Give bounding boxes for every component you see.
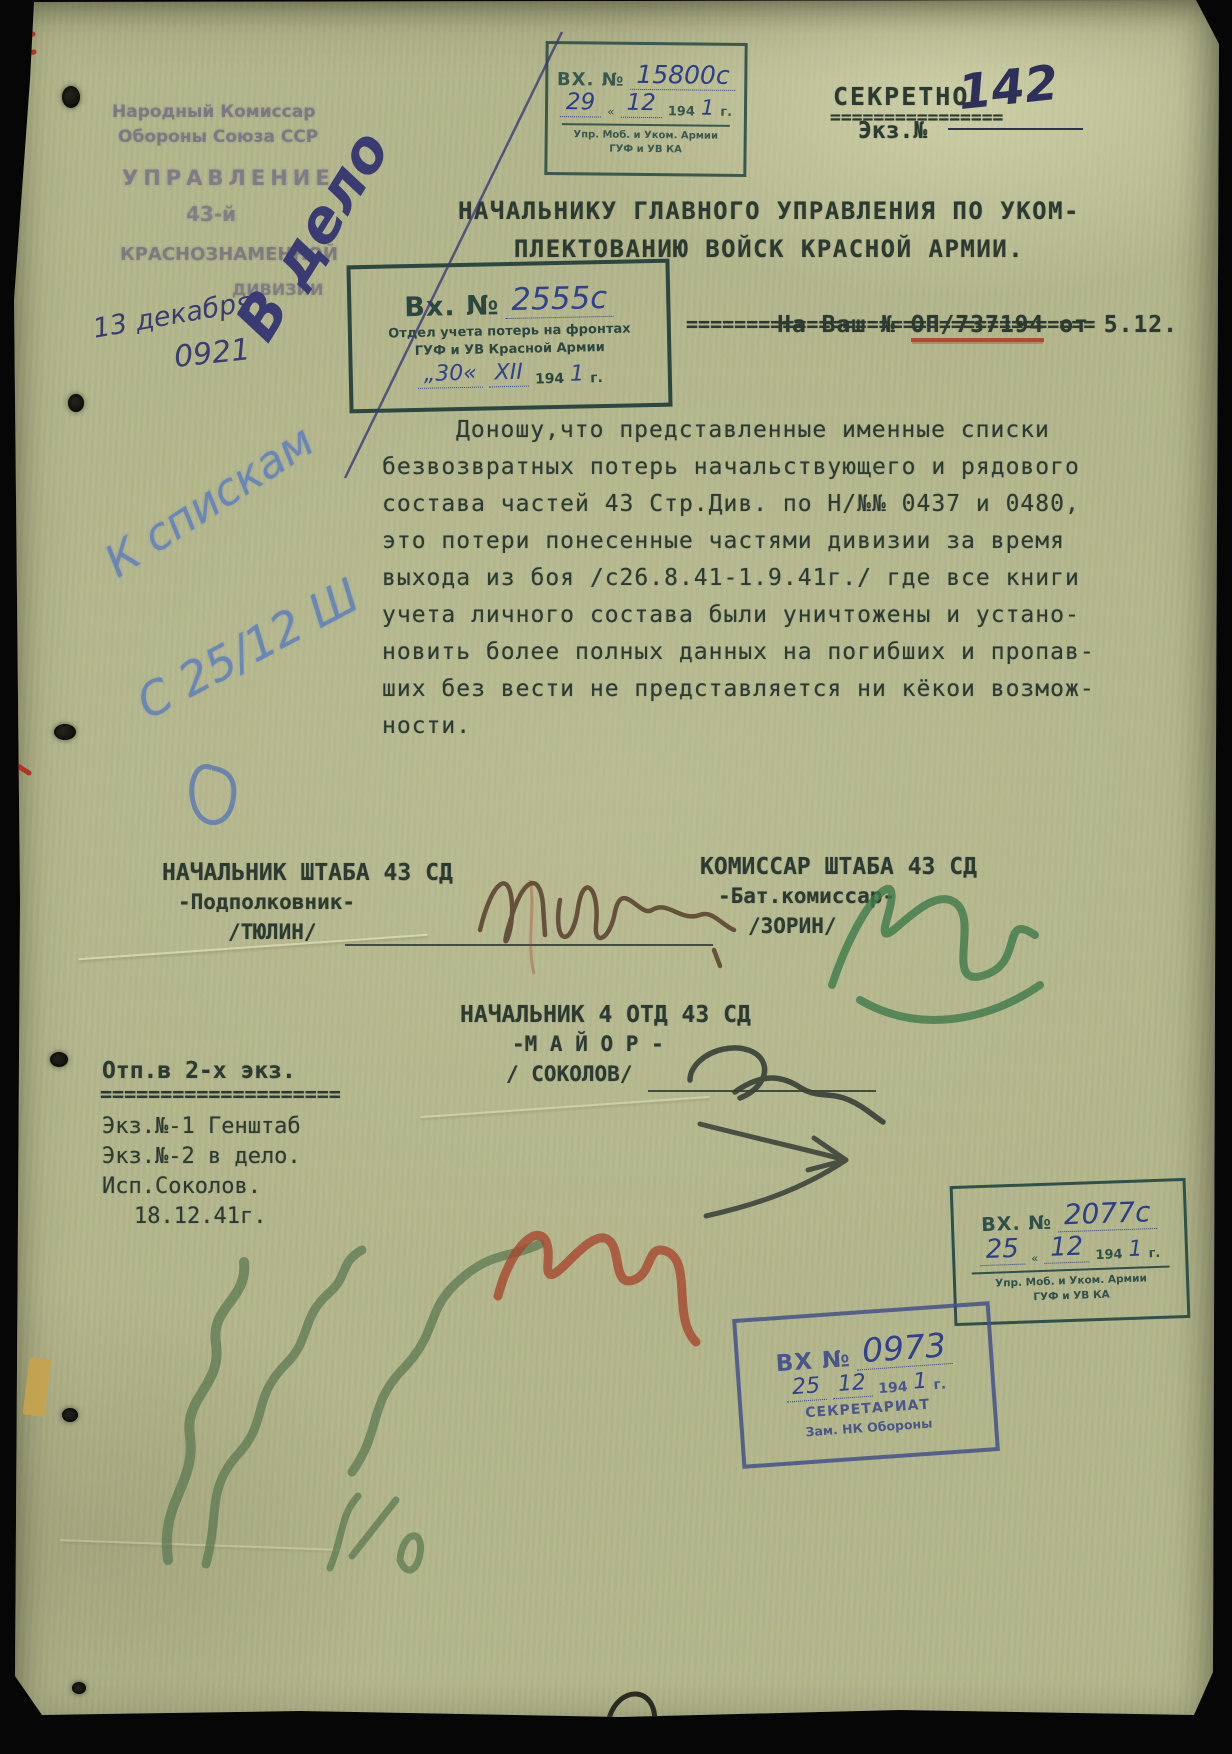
signature-position-commissar: КОМИССАР ШТАБА 43 СД [700,854,977,880]
stamp-number-handwritten: 2555с [505,283,614,319]
stamp-org-line: ГУФ и УВ Красной Армии [415,340,605,360]
production-note-line: Исп.Соколов. [102,1174,261,1199]
red-margin-mark [2,756,29,773]
signature-sokolov-scrawl [690,1048,883,1122]
scanned-document-page: Народный Комиссар Обороны Союза ССР УПРА… [0,0,1232,1754]
signature-name-tyulin: /ТЮЛИН/ [228,920,317,944]
production-note-line: 18.12.41г. [134,1204,266,1229]
stamp-day-handwritten: 25 [785,1375,827,1403]
signature-name-zorin: /ЗОРИН/ [748,914,837,938]
stamp-day-handwritten: 25 [979,1235,1025,1266]
stamp-month-handwritten: XII [489,362,530,388]
stamp-label: Вх. № [404,292,500,321]
margin-note-pencil-line1: К спискам [96,416,323,588]
stamp-day-handwritten: 29 [560,91,602,117]
stamp-number-handwritten: 0973 [855,1328,953,1371]
punch-hole [68,394,84,412]
signature-line-sokolov [648,1090,876,1092]
stamp-year-digit-handwritten: 1 [570,364,584,386]
reference-underline: ================================== [686,312,1095,336]
stamp-year-printed: 194 [1095,1248,1123,1262]
green-pencil-scrawl [167,1262,244,1560]
stamp-year-suffix: г. [720,105,732,118]
punch-hole [54,724,76,740]
stamp-year-digit-handwritten: 1 [912,1371,928,1394]
signature-zorin-scrawl [832,889,1040,1020]
production-note-line: Отп.в 2-х экз. [102,1058,296,1084]
incoming-stamp-guf-dec29: ВХ. № 15800с 29 « 12 194 1 г. Упр. Моб. … [544,41,747,177]
body-line: безвозвратных потерь начальствующего и р… [382,449,1102,486]
stamp-year-printed: 194 [878,1380,908,1396]
stamp-year-printed: 194 [668,105,695,118]
stamp-year-digit-handwritten: 1 [701,97,715,118]
stamp-org-line: Упр. Моб. и Уком. Армии [995,1272,1147,1290]
stamp-day-handwritten: „30« [418,363,483,389]
body-line: новить более полных данных на погибших и… [382,634,1102,671]
stamp-quote: « [607,105,614,117]
signature-rank-commissar: -Бат.комиссар- [718,884,895,908]
signature-name-sokolov: / СОКОЛОВ/ [506,1062,632,1086]
body-line: учета личного состава были уничтожены и … [382,597,1102,634]
document-heading-line1: НАЧАЛЬНИКУ ГЛАВНОГО УПРАВЛЕНИЯ ПО УКОМ- [438,192,1100,230]
body-line: состава частей 43 Стр.Див. по Н/№№ 0437 … [382,486,1102,523]
punch-hole [50,1052,68,1067]
letterhead-stamp-line: Народный Комиссар [112,102,315,122]
blue-pencil-loop [192,766,234,822]
letterhead-stamp-line: Обороны Союза ССР [118,127,318,147]
stamp-label: ВХ. № [981,1213,1052,1234]
stamp-quote: « [1031,1252,1039,1264]
paper-crease [60,1539,340,1551]
signature-tyulin-scrawl [480,883,734,966]
stamp-year-suffix: г. [590,371,603,385]
punch-hole [62,86,80,108]
stamp-month-handwritten: 12 [1044,1233,1090,1264]
stamp-year-suffix: г. [1148,1247,1160,1260]
tape-remnant [23,1357,52,1417]
paper-crease [420,1096,709,1118]
stamp-org-line: ГУФ и УВ КА [609,144,682,157]
arrow-scrawl [700,1124,846,1216]
stamp-number-handwritten: 2077с [1057,1198,1157,1232]
green-pencil-scrawl [206,1250,362,1564]
red-faint-stroke [530,880,534,974]
copy-number-handwritten: 142 [955,55,1061,121]
stamp-year-printed: 194 [535,372,565,387]
punch-hole [72,1682,86,1694]
green-pencil-date-scrawl [330,1496,420,1570]
bottom-ink-curve [607,1694,666,1748]
stamp-month-handwritten: 12 [620,91,662,117]
punch-hole [62,1408,78,1422]
red-pencil-scrawl [498,1235,696,1342]
body-line: ности. [382,708,1102,745]
stamp-divider [562,123,731,127]
stamp-year-suffix: г. [933,1377,947,1392]
copy-number-underline [948,128,1083,130]
stamp-month-handwritten: 12 [831,1372,873,1400]
body-line: выхода из боя /с26.8.41-1.9.41г./ где вс… [382,560,1102,597]
body-line: ших без вести не представляется ни кёкои… [382,671,1102,708]
signature-rank-4th-dept: -М А Й О Р - [512,1032,664,1056]
stamp-label: ВХ. № [557,71,625,90]
green-pencil-scrawl [352,1244,540,1472]
signature-line-tyulin [345,944,713,946]
production-note-underline: ==================== [100,1082,341,1106]
incoming-stamp-secretariat: ВХ № 0973 25 12 194 1 г. СЕКРЕТАРИАТ Зам… [732,1301,1000,1469]
body-line: Доношу,что представленные именные списки [382,412,1102,449]
stamp-number-handwritten: 15800с [630,61,736,90]
margin-note-pencil-line2: С 25/12 Ш [128,568,368,730]
production-note-line: Экз.№-1 Генштаб [102,1114,301,1139]
signature-position-4th-dept: НАЧАЛЬНИК 4 ОТД 43 СД [460,1002,751,1028]
incoming-stamp-losses: Вх. № 2555с Отдел учета потерь на фронта… [346,259,672,414]
letterhead-stamp-line: 43-й [186,202,236,226]
copy-number-label: Экз.№ [858,118,927,144]
paper-sheet: Народный Комиссар Обороны Союза ССР УПРА… [0,0,1232,1754]
signature-rank-chief-of-staff: -Подполковник- [178,890,355,914]
stamp-org-line: ГУФ и УВ КА [1033,1289,1110,1305]
signature-position-chief-of-staff: НАЧАЛЬНИК ШТАБА 43 СД [162,860,453,886]
production-note-line: Экз.№-2 в дело. [102,1144,301,1169]
stamp-org-line: Упр. Моб. и Уком. Армии [573,129,718,143]
stamp-year-digit-handwritten: 1 [1128,1238,1143,1260]
red-margin-mark [4,34,34,58]
handwritten-number-note: 0921 [172,332,252,375]
body-line: это потери понесенные частями дивизии за… [382,523,1102,560]
